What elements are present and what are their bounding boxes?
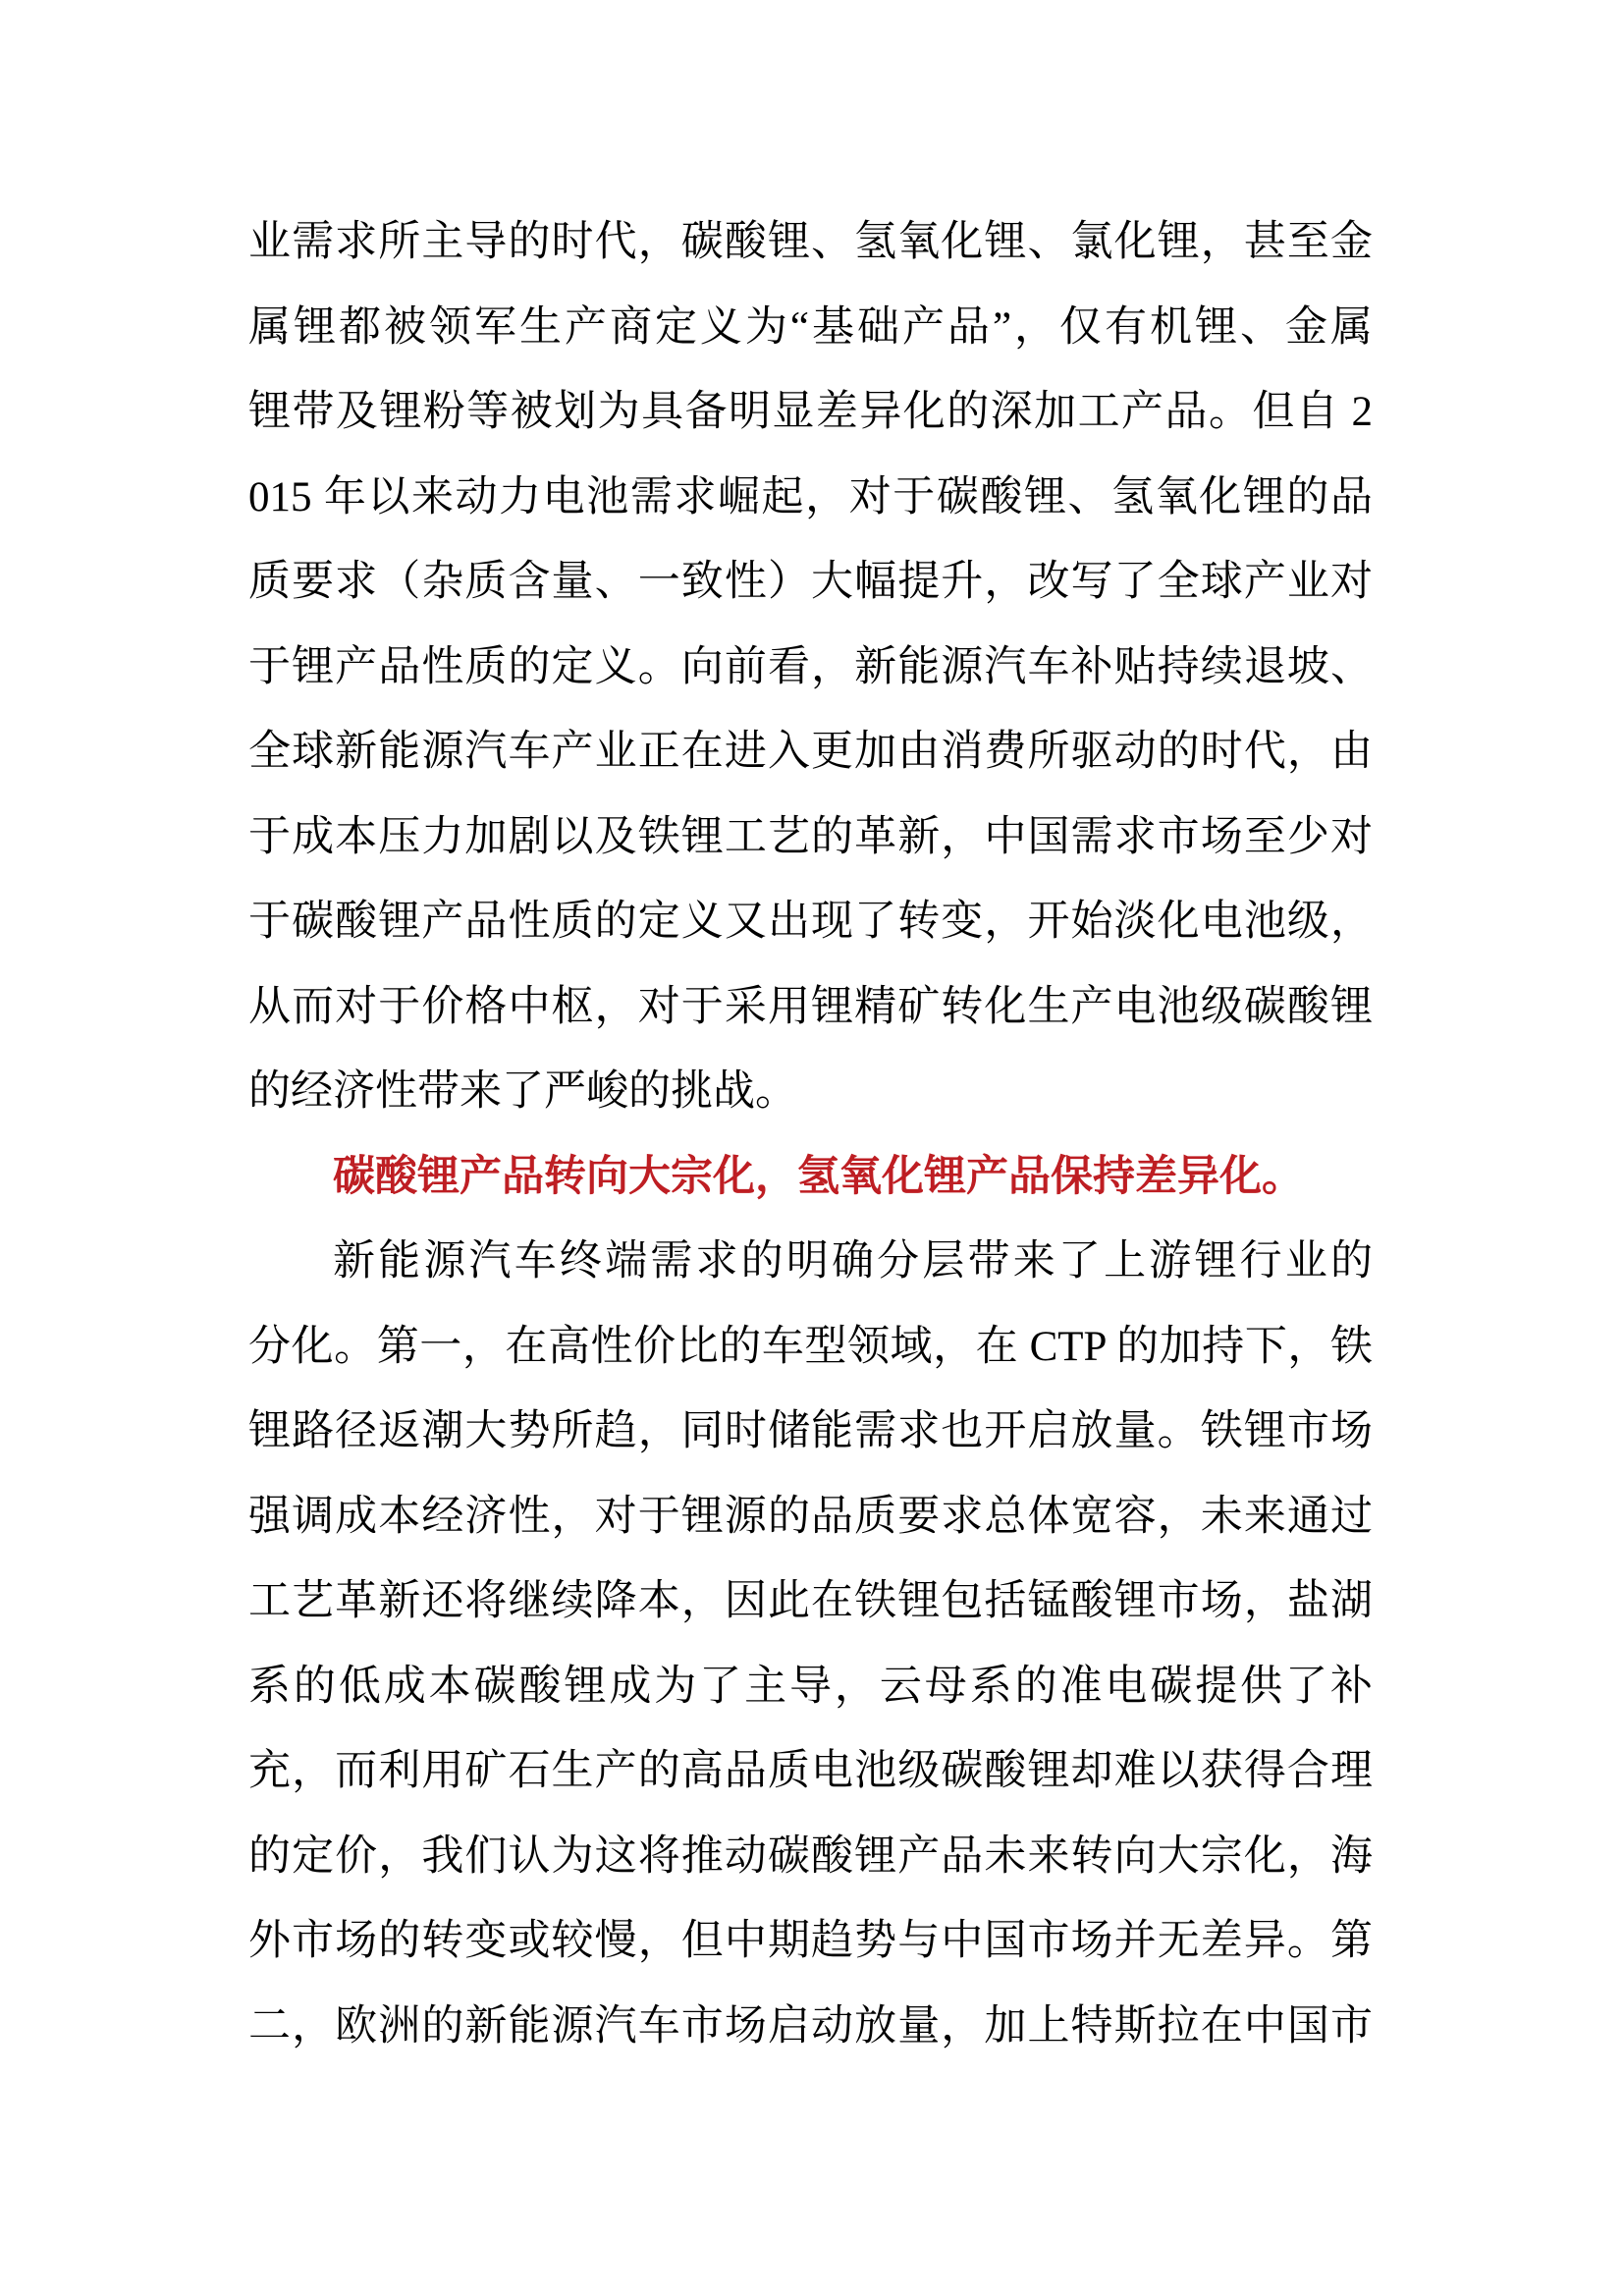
body-line-paragraph-start: 新能源汽车终端需求的明确分层带来了上游锂行业的 [248,1220,1373,1305]
body-line-paragraph-end: 的经济性带来了严峻的挑战。 [248,1050,1373,1135]
body-line: 于碳酸锂产品性质的定义又出现了转变，开始淡化电池级， [248,880,1373,965]
body-line: 外市场的转变或较慢，但中期趋势与中国市场并无差异。第 [248,1899,1373,1985]
section-heading: 碳酸锂产品转向大宗化，氢氧化锂产品保持差异化。 [248,1135,1373,1221]
body-line: 系的低成本碳酸锂成为了主导，云母系的准电碳提供了补 [248,1645,1373,1730]
body-line: 质要求（杂质含量、一致性）大幅提升，改写了全球产业对 [248,540,1373,626]
body-line: 分化。第一，在高性价比的车型领域，在 CTP 的加持下，铁 [248,1305,1373,1391]
body-line: 业需求所主导的时代，碳酸锂、氢氧化锂、氯化锂，甚至金 [248,200,1373,286]
body-line: 工艺革新还将继续降本，因此在铁锂包括锰酸锂市场，盐湖 [248,1559,1373,1645]
body-line: 二，欧洲的新能源汽车市场启动放量，加上特斯拉在中国市 [248,1985,1373,2070]
report-page: 业需求所主导的时代，碳酸锂、氢氧化锂、氯化锂，甚至金 属锂都被领军生产商定义为“… [0,0,1623,2296]
body-line: 锂带及锂粉等被划为具备明显差异化的深加工产品。但自 2 [248,370,1373,456]
body-line: 充，而利用矿石生产的高品质电池级碳酸锂却难以获得合理 [248,1729,1373,1815]
body-line: 锂路径返潮大势所趋，同时储能需求也开启放量。铁锂市场 [248,1390,1373,1475]
body-line: 属锂都被领军生产商定义为“基础产品”，仅有机锂、金属 [248,286,1373,371]
body-line: 于锂产品性质的定义。向前看，新能源汽车补贴持续退坡、 [248,626,1373,711]
body-line: 015 年以来动力电池需求崛起，对于碳酸锂、氢氧化锂的品 [248,456,1373,541]
body-line: 全球新能源汽车产业正在进入更加由消费所驱动的时代，由 [248,710,1373,795]
body-line: 的定价，我们认为这将推动碳酸锂产品未来转向大宗化，海 [248,1815,1373,1900]
body-line: 于成本压力加剧以及铁锂工艺的革新，中国需求市场至少对 [248,795,1373,881]
body-line: 强调成本经济性，对于锂源的品质要求总体宽容，未来通过 [248,1475,1373,1560]
body-text: 业需求所主导的时代，碳酸锂、氢氧化锂、氯化锂，甚至金 属锂都被领军生产商定义为“… [248,200,1373,2069]
body-line: 从而对于价格中枢，对于采用锂精矿转化生产电池级碳酸锂 [248,965,1373,1051]
